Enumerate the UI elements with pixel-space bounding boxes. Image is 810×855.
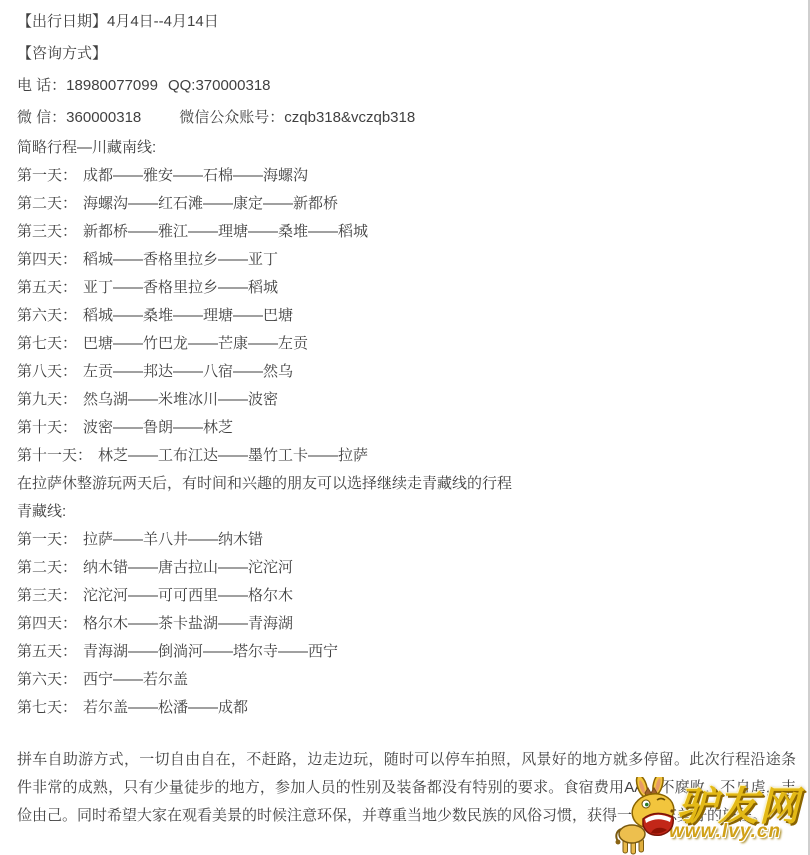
day-route: 巴塘——竹巴龙——芒康——左贡 — [83, 335, 308, 352]
itinerary-day: 第七天：若尔盖——松潘——成都 — [17, 694, 796, 722]
itinerary-day: 第六天：稻城——桑堆——理塘——巴塘 — [17, 302, 796, 330]
day-route: 稻城——香格里拉乡——亚丁 — [83, 251, 278, 268]
itinerary-day: 第四天：格尔木——茶卡盐湖——青海湖 — [17, 610, 796, 638]
day-route: 然乌湖——米堆冰川——波密 — [83, 391, 278, 408]
day-label: 第六天： — [17, 671, 77, 688]
itinerary-day: 第二天：纳木错——唐古拉山——沱沱河 — [17, 554, 796, 582]
day-label: 第四天： — [17, 615, 77, 632]
lhasa-rest-note: 在拉萨休整游玩两天后，有时间和兴趣的朋友可以选择继续走青藏线的行程 — [17, 470, 796, 498]
day-label: 第一天： — [17, 531, 77, 548]
qq-number: QQ:370000318 — [168, 77, 271, 94]
itinerary-day: 第三天：新都桥——雅江——理塘——桑堆——稻城 — [17, 218, 796, 246]
itinerary-day: 第八天：左贡——邦达——八宿——然乌 — [17, 358, 796, 386]
day-label: 第二天： — [17, 195, 77, 212]
itinerary-day: 第九天：然乌湖——米堆冰川——波密 — [17, 386, 796, 414]
itinerary-day: 第五天：青海湖——倒淌河——塔尔寺——西宁 — [17, 638, 796, 666]
itinerary-day: 第十天：波密——鲁朗——林芝 — [17, 414, 796, 442]
day-label: 第十天： — [17, 419, 77, 436]
day-route: 稻城——桑堆——理塘——巴塘 — [83, 307, 293, 324]
day-label: 第十一天： — [17, 447, 92, 464]
day-route: 西宁——若尔盖 — [83, 671, 188, 688]
day-route: 格尔木——茶卡盐湖——青海湖 — [83, 615, 293, 632]
phone-line: 电 话：18980077099QQ:370000318 — [17, 70, 796, 102]
itinerary-day: 第一天：拉萨——羊八井——纳木错 — [17, 526, 796, 554]
itinerary-day: 第三天：沱沱河——可可西里——格尔木 — [17, 582, 796, 610]
day-label: 第七天： — [17, 335, 77, 352]
trip-description-paragraph: 拼车自助游方式，一切自由自在，不赶路，边走边玩，随时可以停车拍照，风景好的地方就… — [17, 746, 796, 830]
phone-label: 电 话： — [17, 77, 66, 94]
day-route: 亚丁——香格里拉乡——稻城 — [83, 279, 278, 296]
itinerary-day: 第五天：亚丁——香格里拉乡——稻城 — [17, 274, 796, 302]
qinghai-route-title: 青藏线: — [17, 498, 796, 526]
day-label: 第五天： — [17, 643, 77, 660]
wechat-public-account: czqb318&vczqb318 — [284, 109, 415, 126]
day-label: 第三天： — [17, 223, 77, 240]
day-route: 若尔盖——松潘——成都 — [83, 699, 248, 716]
day-label: 第四天： — [17, 251, 77, 268]
day-route: 林芝——工布江达——墨竹工卡——拉萨 — [98, 447, 368, 464]
day-label: 第九天： — [17, 391, 77, 408]
post-page: 【出行日期】4月4日--4月14日 【咨询方式】 电 话：18980077099… — [0, 0, 810, 855]
itinerary-day: 第六天：西宁——若尔盖 — [17, 666, 796, 694]
wechat-label: 微 信： — [17, 109, 66, 126]
day-route: 波密——鲁朗——林芝 — [83, 419, 233, 436]
day-label: 第一天： — [17, 167, 77, 184]
day-label: 第五天： — [17, 279, 77, 296]
contact-section-title: 【咨询方式】 — [17, 38, 796, 70]
itinerary-day: 第二天：海螺沟——红石滩——康定——新都桥 — [17, 190, 796, 218]
day-route: 左贡——邦达——八宿——然乌 — [83, 363, 293, 380]
itinerary-day: 第七天：巴塘——竹巴龙——芒康——左贡 — [17, 330, 796, 358]
header-block: 【出行日期】4月4日--4月14日 【咨询方式】 电 话：18980077099… — [17, 6, 796, 134]
day-label: 第三天： — [17, 587, 77, 604]
day-route: 新都桥——雅江——理塘——桑堆——稻城 — [83, 223, 368, 240]
post-content: 【出行日期】4月4日--4月14日 【咨询方式】 电 话：18980077099… — [17, 6, 796, 830]
day-route: 海螺沟——红石滩——康定——新都桥 — [83, 195, 338, 212]
day-label: 第六天： — [17, 307, 77, 324]
itinerary-day: 第一天：成都——雅安——石棉——海螺沟 — [17, 162, 796, 190]
south-route-title: 简略行程—川藏南线: — [17, 134, 796, 162]
day-route: 拉萨——羊八井——纳木错 — [83, 531, 263, 548]
phone-number: 18980077099 — [66, 77, 158, 94]
day-route: 成都——雅安——石棉——海螺沟 — [83, 167, 308, 184]
wechat-public-account-label: 微信公众账号： — [179, 109, 284, 126]
itinerary-day: 第十一天：林芝——工布江达——墨竹工卡——拉萨 — [17, 442, 796, 470]
qinghai-route-block: 青藏线: 第一天：拉萨——羊八井——纳木错 第二天：纳木错——唐古拉山——沱沱河… — [17, 498, 796, 722]
itinerary-day: 第四天：稻城——香格里拉乡——亚丁 — [17, 246, 796, 274]
day-route: 纳木错——唐古拉山——沱沱河 — [83, 559, 293, 576]
travel-date-line: 【出行日期】4月4日--4月14日 — [17, 6, 796, 38]
day-label: 第二天： — [17, 559, 77, 576]
wechat-line: 微 信：360000318微信公众账号：czqb318&vczqb318 — [17, 102, 796, 134]
day-route: 沱沱河——可可西里——格尔木 — [83, 587, 293, 604]
day-label: 第七天： — [17, 699, 77, 716]
day-label: 第八天： — [17, 363, 77, 380]
wechat-number: 360000318 — [66, 109, 141, 126]
south-route-block: 简略行程—川藏南线: 第一天：成都——雅安——石棉——海螺沟 第二天：海螺沟——… — [17, 134, 796, 498]
day-route: 青海湖——倒淌河——塔尔寺——西宁 — [83, 643, 338, 660]
